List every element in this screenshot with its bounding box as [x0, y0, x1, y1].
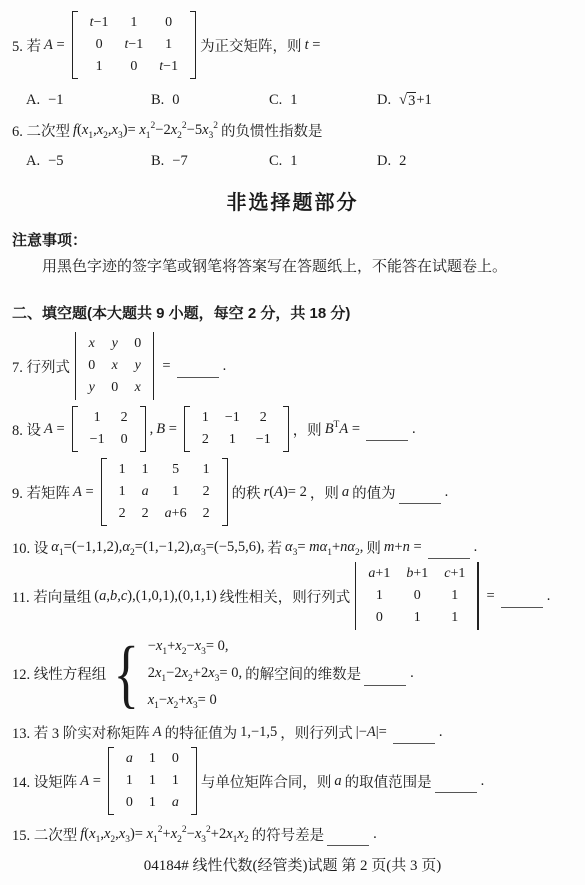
q13-det-equals: |−A|= — [356, 724, 387, 741]
period: . — [412, 421, 416, 438]
period: . — [547, 588, 551, 605]
question-8-lead: 8. 设 — [12, 419, 41, 440]
q5-t-equals: t = — [305, 37, 321, 54]
question-15-lead: 15. 二次型 — [12, 824, 77, 845]
comma: , — [150, 421, 154, 438]
option-d-value: √3+1 — [399, 92, 432, 110]
option-c-value: 1 — [290, 92, 297, 109]
q7-det-body: xy00xyy0x — [77, 331, 152, 401]
option-c: C.1 — [269, 153, 377, 170]
answer-blank — [364, 670, 406, 686]
option-a-value: −5 — [48, 153, 63, 170]
question-14: 14. 设矩阵 A = a1011101a 与单位矩阵合同，则 a 的取值范围是… — [12, 746, 573, 816]
question-5-text: 为正交矩阵，则 — [200, 35, 302, 56]
question-5-lead: 5. 若 — [12, 35, 41, 56]
q11-determinant: a+1b+1c+1101011 — [354, 561, 479, 631]
q5-a-equals: A = — [44, 37, 65, 54]
question-14-text-1: 与单位矩阵合同，则 — [201, 771, 332, 792]
q15-formula: f(x1,x2,x3)= x12+x22−x32+2x1x2 — [80, 826, 248, 843]
exam-page: 5. 若 A = t−1100t−1110t−1 为正交矩阵，则 t = A.−… — [12, 10, 573, 875]
option-b: B.0 — [151, 92, 269, 110]
notice-title: 注意事项： — [12, 229, 573, 250]
q13-eigenvalues: 1,−1,5 — [240, 724, 277, 741]
left-brace: { — [114, 634, 140, 714]
q5-matrix-body: t−1100t−1110t−1 — [79, 10, 189, 80]
q8-bta-equals: BTA = — [325, 421, 360, 438]
option-c-label: C. — [269, 92, 282, 109]
answer-blank — [177, 362, 219, 378]
answer-blank — [327, 830, 369, 846]
page-footer: 04184# 线性代数(经管类)试题 第 2 页(共 3 页) — [12, 854, 573, 875]
q14-a-equals: A = — [80, 773, 101, 790]
question-13-lead: 13. 若 3 阶实对称矩阵 — [12, 722, 150, 743]
question-11-lead: 11. 若向量组 — [12, 586, 91, 607]
q8-a-equals: A = — [44, 421, 65, 438]
question-9-text-1: 的秩 — [232, 482, 261, 503]
question-15-text: 的符号差是 — [252, 824, 325, 845]
option-a: A.−1 — [26, 92, 151, 110]
period: . — [223, 358, 227, 375]
q9-a-equals: A = — [73, 484, 94, 501]
option-a: A.−5 — [26, 153, 151, 170]
option-d-label: D. — [377, 153, 391, 170]
option-c: C.1 — [269, 92, 377, 110]
question-15: 15. 二次型 f(x1,x2,x3)= x12+x22−x32+2x1x2 的… — [12, 822, 573, 846]
question-6-text: 的负惯性指数是 — [221, 120, 323, 141]
answer-blank — [393, 728, 435, 744]
question-14-text-2: 的取值范围是 — [345, 771, 432, 792]
left-bracket — [184, 406, 190, 452]
q9-rank: r(A)= 2 — [264, 484, 307, 501]
right-bracket — [283, 406, 289, 452]
det-bar — [355, 562, 356, 630]
q7-equals: = — [162, 358, 170, 375]
question-7: 7. 行列式 xy00xyy0x = . — [12, 331, 573, 401]
question-9-lead: 9. 若矩阵 — [12, 482, 70, 503]
q11-vectors: (a,b,c),(1,0,1),(0,1,1) — [94, 588, 217, 605]
fill-in-section-header: 二、填空题(本大题共 9 小题，每空 2 分，共 18 分) — [12, 302, 573, 323]
option-b-value: 0 — [172, 92, 179, 109]
question-13-text-2: ，则行列式 — [280, 722, 353, 743]
question-7-lead: 7. 行列式 — [12, 356, 70, 377]
q10-vectors: α1=(−1,1,2),α2=(1,−1,2),α3=(−5,5,6), — [51, 539, 264, 556]
q9-matrix-body: 11511a1222a+62 — [108, 457, 221, 527]
question-6: 6. 二次型 f(x1,x2,x3)= x12−2x22−5x32 的负惯性指数… — [12, 120, 573, 141]
answer-blank — [399, 488, 441, 504]
q11-equals: = — [487, 588, 495, 605]
option-b-label: B. — [151, 92, 164, 109]
notice-body: 用黑色字迹的签字笔或钢笔将答案写在答题纸上，不能答在试题卷上。 — [42, 255, 573, 276]
option-c-value: 1 — [290, 153, 297, 170]
question-10-text-1: 若 — [267, 537, 282, 558]
option-d: D.2 — [377, 153, 409, 170]
left-bracket — [108, 747, 114, 815]
q14-matrix: a1011101a — [108, 746, 197, 816]
right-bracket — [190, 11, 196, 79]
q14-var-a: a — [334, 773, 341, 790]
question-5: 5. 若 A = t−1100t−1110t−1 为正交矩阵，则 t = — [12, 10, 573, 80]
q8-matrix-b-body: 1−1221−1 — [191, 405, 282, 453]
equation-2: 2x1−2x2+2x3= 0, — [148, 660, 242, 687]
det-bar — [75, 332, 76, 400]
question-10-text-2: 则 — [366, 537, 381, 558]
question-11: 11. 若向量组 (a,b,c),(1,0,1),(0,1,1) 线性相关，则行… — [12, 561, 573, 631]
question-6-options: A.−5 B.−7 C.1 D.2 — [26, 153, 573, 170]
period: . — [373, 826, 377, 843]
right-bracket — [140, 406, 146, 452]
question-12: 12. 线性方程组 { −x1+x2−x3= 0, 2x1−2x2+2x3= 0… — [12, 633, 573, 714]
period: . — [481, 773, 485, 790]
det-bar — [153, 332, 154, 400]
q13-var-a: A — [153, 724, 162, 741]
right-bracket — [222, 458, 228, 526]
option-d-label: D. — [377, 92, 391, 109]
option-a-label: A. — [26, 92, 40, 109]
q5-matrix: t−1100t−1110t−1 — [72, 10, 196, 80]
q7-determinant: xy00xyy0x — [74, 331, 155, 401]
left-bracket — [72, 406, 78, 452]
answer-blank — [366, 425, 408, 441]
answer-blank — [428, 543, 470, 559]
period: . — [439, 724, 443, 741]
q14-matrix-body: a1011101a — [115, 746, 190, 816]
period: . — [474, 539, 478, 556]
option-b-label: B. — [151, 153, 164, 170]
q10-mn-equals: m+n = — [384, 539, 422, 556]
question-12-text: 的解空间的维数是 — [245, 663, 361, 684]
q9-var-a: a — [342, 484, 349, 501]
question-9-text-3: 的值为 — [352, 482, 396, 503]
answer-blank — [435, 777, 477, 793]
right-bracket — [191, 747, 197, 815]
option-a-label: A. — [26, 153, 40, 170]
question-13: 13. 若 3 阶实对称矩阵 A 的特征值为 1,−1,5 ，则行列式 |−A|… — [12, 720, 573, 744]
q11-det-body: a+1b+1c+1101011 — [357, 561, 476, 631]
period: . — [410, 665, 414, 682]
equation-1: −x1+x2−x3= 0, — [148, 633, 242, 660]
option-a-value: −1 — [48, 92, 63, 109]
question-11-text: 线性相关，则行列式 — [220, 586, 351, 607]
q9-matrix: 11511a1222a+62 — [101, 457, 228, 527]
question-6-lead: 6. 二次型 — [12, 120, 70, 141]
left-bracket — [101, 458, 107, 526]
question-9: 9. 若矩阵 A = 11511a1222a+62 的秩 r(A)= 2 ，则 … — [12, 457, 573, 527]
left-bracket — [72, 11, 78, 79]
q8-matrix-a-body: 12−10 — [79, 405, 139, 453]
question-10: 10. 设 α1=(−1,1,2),α2=(1,−1,2),α3=(−5,5,6… — [12, 535, 573, 559]
q8-matrix-b: 1−1221−1 — [184, 405, 289, 453]
question-8-text: ，则 — [293, 419, 322, 440]
option-d-value: 2 — [399, 153, 406, 170]
option-b-value: −7 — [172, 153, 187, 170]
q6-formula: f(x1,x2,x3)= x12−2x22−5x32 — [73, 122, 218, 139]
question-8: 8. 设 A = 12−10 , B = 1−1221−1 ，则 BTA = . — [12, 405, 573, 453]
question-5-options: A.−1 B.0 C.1 D.√3+1 — [26, 92, 573, 110]
option-c-label: C. — [269, 153, 282, 170]
equation-3: x1−x2+x3= 0 — [148, 687, 242, 714]
question-10-lead: 10. 设 — [12, 537, 48, 558]
question-13-text-1: 的特征值为 — [165, 722, 238, 743]
det-bar — [477, 562, 478, 630]
question-14-lead: 14. 设矩阵 — [12, 771, 77, 792]
section-title: 非选择题部分 — [12, 186, 573, 215]
question-12-lead: 12. 线性方程组 — [12, 663, 106, 684]
q10-combination: α3= mα1+nα2, — [285, 539, 363, 556]
q8-matrix-a: 12−10 — [72, 405, 146, 453]
equation-system: −x1+x2−x3= 0, 2x1−2x2+2x3= 0, x1−x2+x3= … — [145, 633, 245, 714]
period: . — [445, 484, 449, 501]
q8-b-equals: B = — [156, 421, 177, 438]
option-b: B.−7 — [151, 153, 269, 170]
option-d: D.√3+1 — [377, 92, 435, 110]
answer-blank — [501, 592, 543, 608]
question-9-text-2: ，则 — [310, 482, 339, 503]
